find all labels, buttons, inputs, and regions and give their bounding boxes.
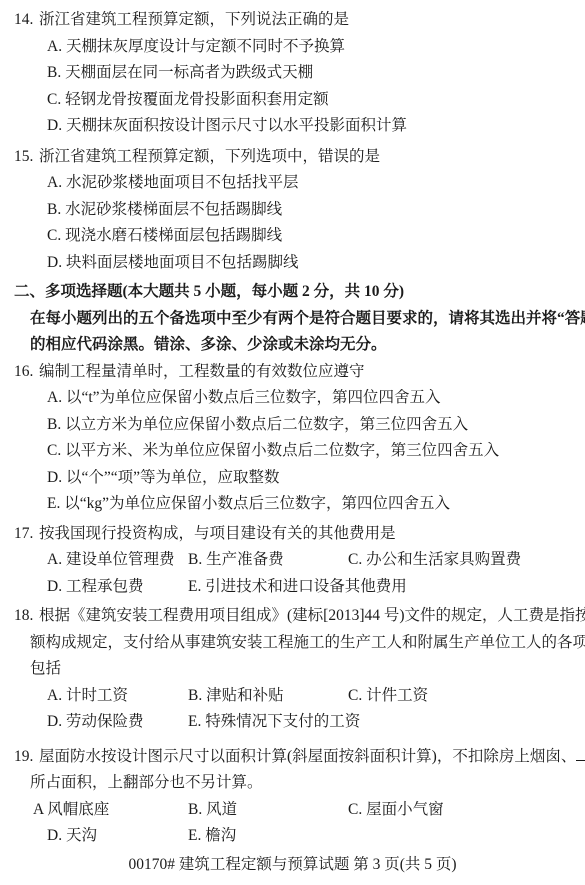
option-c: C. 屋面小气窗 — [348, 797, 444, 824]
fill-in-blank-line — [576, 748, 585, 761]
option-a: A. 水泥砂浆楼地面项目不包括找平层 — [0, 170, 585, 197]
option-a: A. 天棚抹灰厚度设计与定额不同时不予换算 — [0, 34, 585, 61]
option-b: B. 天棚面层在同一标高者为跌级式天棚 — [0, 60, 585, 87]
question-stem-line-2: 额构成规定，支付给从事建筑安装工程施工的生产工人和附属生产单位工人的各项费用。 — [0, 630, 585, 657]
section-title: 二、多项选择题(本大题共 5 小题，每小题 2 分，共 10 分) — [0, 279, 585, 306]
option-c: C. 以平方米、米为单位应保留小数点后二位数字，第三位四舍五入 — [0, 438, 585, 465]
option-a: A 风帽底座 — [33, 797, 109, 824]
option-c: C. 现浇水磨石楼梯面层包括踢脚线 — [0, 223, 585, 250]
option-e: E. 以“kg”为单位应保留小数点后三位数字，第四位四舍五入 — [0, 491, 585, 518]
option-d: D. 劳动保险费 — [47, 709, 143, 736]
question-number: 14. — [14, 7, 33, 34]
option-e: E. 特殊情况下支付的工资 — [188, 709, 360, 736]
page-footer: 00170# 建筑工程定额与预算试题 第 3 页(共 5 页) — [0, 852, 585, 879]
option-b: B. 以立方米为单位应保留小数点后二位数字，第三位四舍五入 — [0, 412, 585, 439]
question-stem: 浙江省建筑工程预算定额，下列说法正确的是 — [39, 11, 349, 28]
option-c: C. 办公和生活家具购置费 — [348, 547, 521, 574]
question-19: 19.屋面防水按设计图示尺寸以面积计算(斜屋面按斜面积计算)，不扣除房上烟囱、等… — [0, 744, 585, 850]
question-17: 17. 按我国现行投资构成，与项目建设有关的其他费用是 A. 建设单位管理费 B… — [0, 521, 585, 601]
question-stem: 按我国现行投资构成，与项目建设有关的其他费用是 — [39, 525, 396, 542]
option-a: A. 以“t”为单位应保留小数点后三位数字，第四位四舍五入 — [0, 385, 585, 412]
section-instruction-line-1: 在每小题列出的五个备选项中至少有两个是符合题目要求的，请将其选出并将“答题纸” — [0, 306, 585, 333]
question-stem: 浙江省建筑工程预算定额，下列选项中，错误的是 — [39, 148, 380, 165]
option-d: D. 天棚抹灰面积按设计图示尺寸以水平投影面积计算 — [0, 113, 585, 140]
question-stem-line-1-pre: 屋面防水按设计图示尺寸以面积计算(斜屋面按斜面积计算)，不扣除房上烟囱、 — [39, 748, 576, 765]
option-d: D. 工程承包费 — [47, 574, 143, 601]
option-c: C. 轻钢龙骨按覆面龙骨投影面积套用定额 — [0, 87, 585, 114]
question-number: 18. — [14, 603, 33, 630]
exam-page: 14. 浙江省建筑工程预算定额，下列说法正确的是 A. 天棚抹灰厚度设计与定额不… — [0, 0, 585, 885]
option-d: D. 天沟 — [47, 823, 97, 850]
option-b: B. 津贴和补贴 — [188, 683, 284, 710]
option-c: C. 计件工资 — [348, 683, 428, 710]
section-2-header: 二、多项选择题(本大题共 5 小题，每小题 2 分，共 10 分) 在每小题列出… — [0, 279, 585, 359]
option-a: A. 计时工资 — [47, 683, 128, 710]
question-number: 15. — [14, 144, 33, 171]
option-b: B. 生产准备费 — [188, 547, 284, 574]
question-number: 17. — [14, 521, 33, 548]
question-stem-line-2: 所占面积，上翻部分也不另计算。 — [0, 770, 585, 797]
question-stem-line-3: 包括 — [0, 656, 585, 683]
option-e: E. 檐沟 — [188, 823, 236, 850]
option-d: D. 以“个”“项”等为单位，应取整数 — [0, 465, 585, 492]
question-number: 19. — [14, 744, 33, 771]
option-a: A. 建设单位管理费 — [47, 547, 174, 574]
question-stem-line-1: 根据《建筑安装工程费用项目组成》(建标[2013]44 号)文件的规定，人工费是… — [39, 607, 585, 624]
option-b: B. 水泥砂浆楼梯面层不包括踢脚线 — [0, 197, 585, 224]
question-14: 14. 浙江省建筑工程预算定额，下列说法正确的是 A. 天棚抹灰厚度设计与定额不… — [0, 7, 585, 140]
question-15: 15. 浙江省建筑工程预算定额，下列选项中，错误的是 A. 水泥砂浆楼地面项目不… — [0, 144, 585, 277]
section-instruction-line-2: 的相应代码涂黑。错涂、多涂、少涂或未涂均无分。 — [0, 332, 585, 359]
option-e: E. 引进技术和进口设备其他费用 — [188, 574, 407, 601]
option-d: D. 块料面层楼地面项目不包括踢脚线 — [0, 250, 585, 277]
question-18: 18. 根据《建筑安装工程费用项目组成》(建标[2013]44 号)文件的规定，… — [0, 603, 585, 736]
option-b: B. 风道 — [188, 797, 237, 824]
question-number: 16. — [14, 359, 33, 386]
question-stem: 编制工程量清单时，工程数量的有效数位应遵守 — [39, 363, 365, 380]
question-16: 16. 编制工程量清单时，工程数量的有效数位应遵守 A. 以“t”为单位应保留小… — [0, 359, 585, 518]
